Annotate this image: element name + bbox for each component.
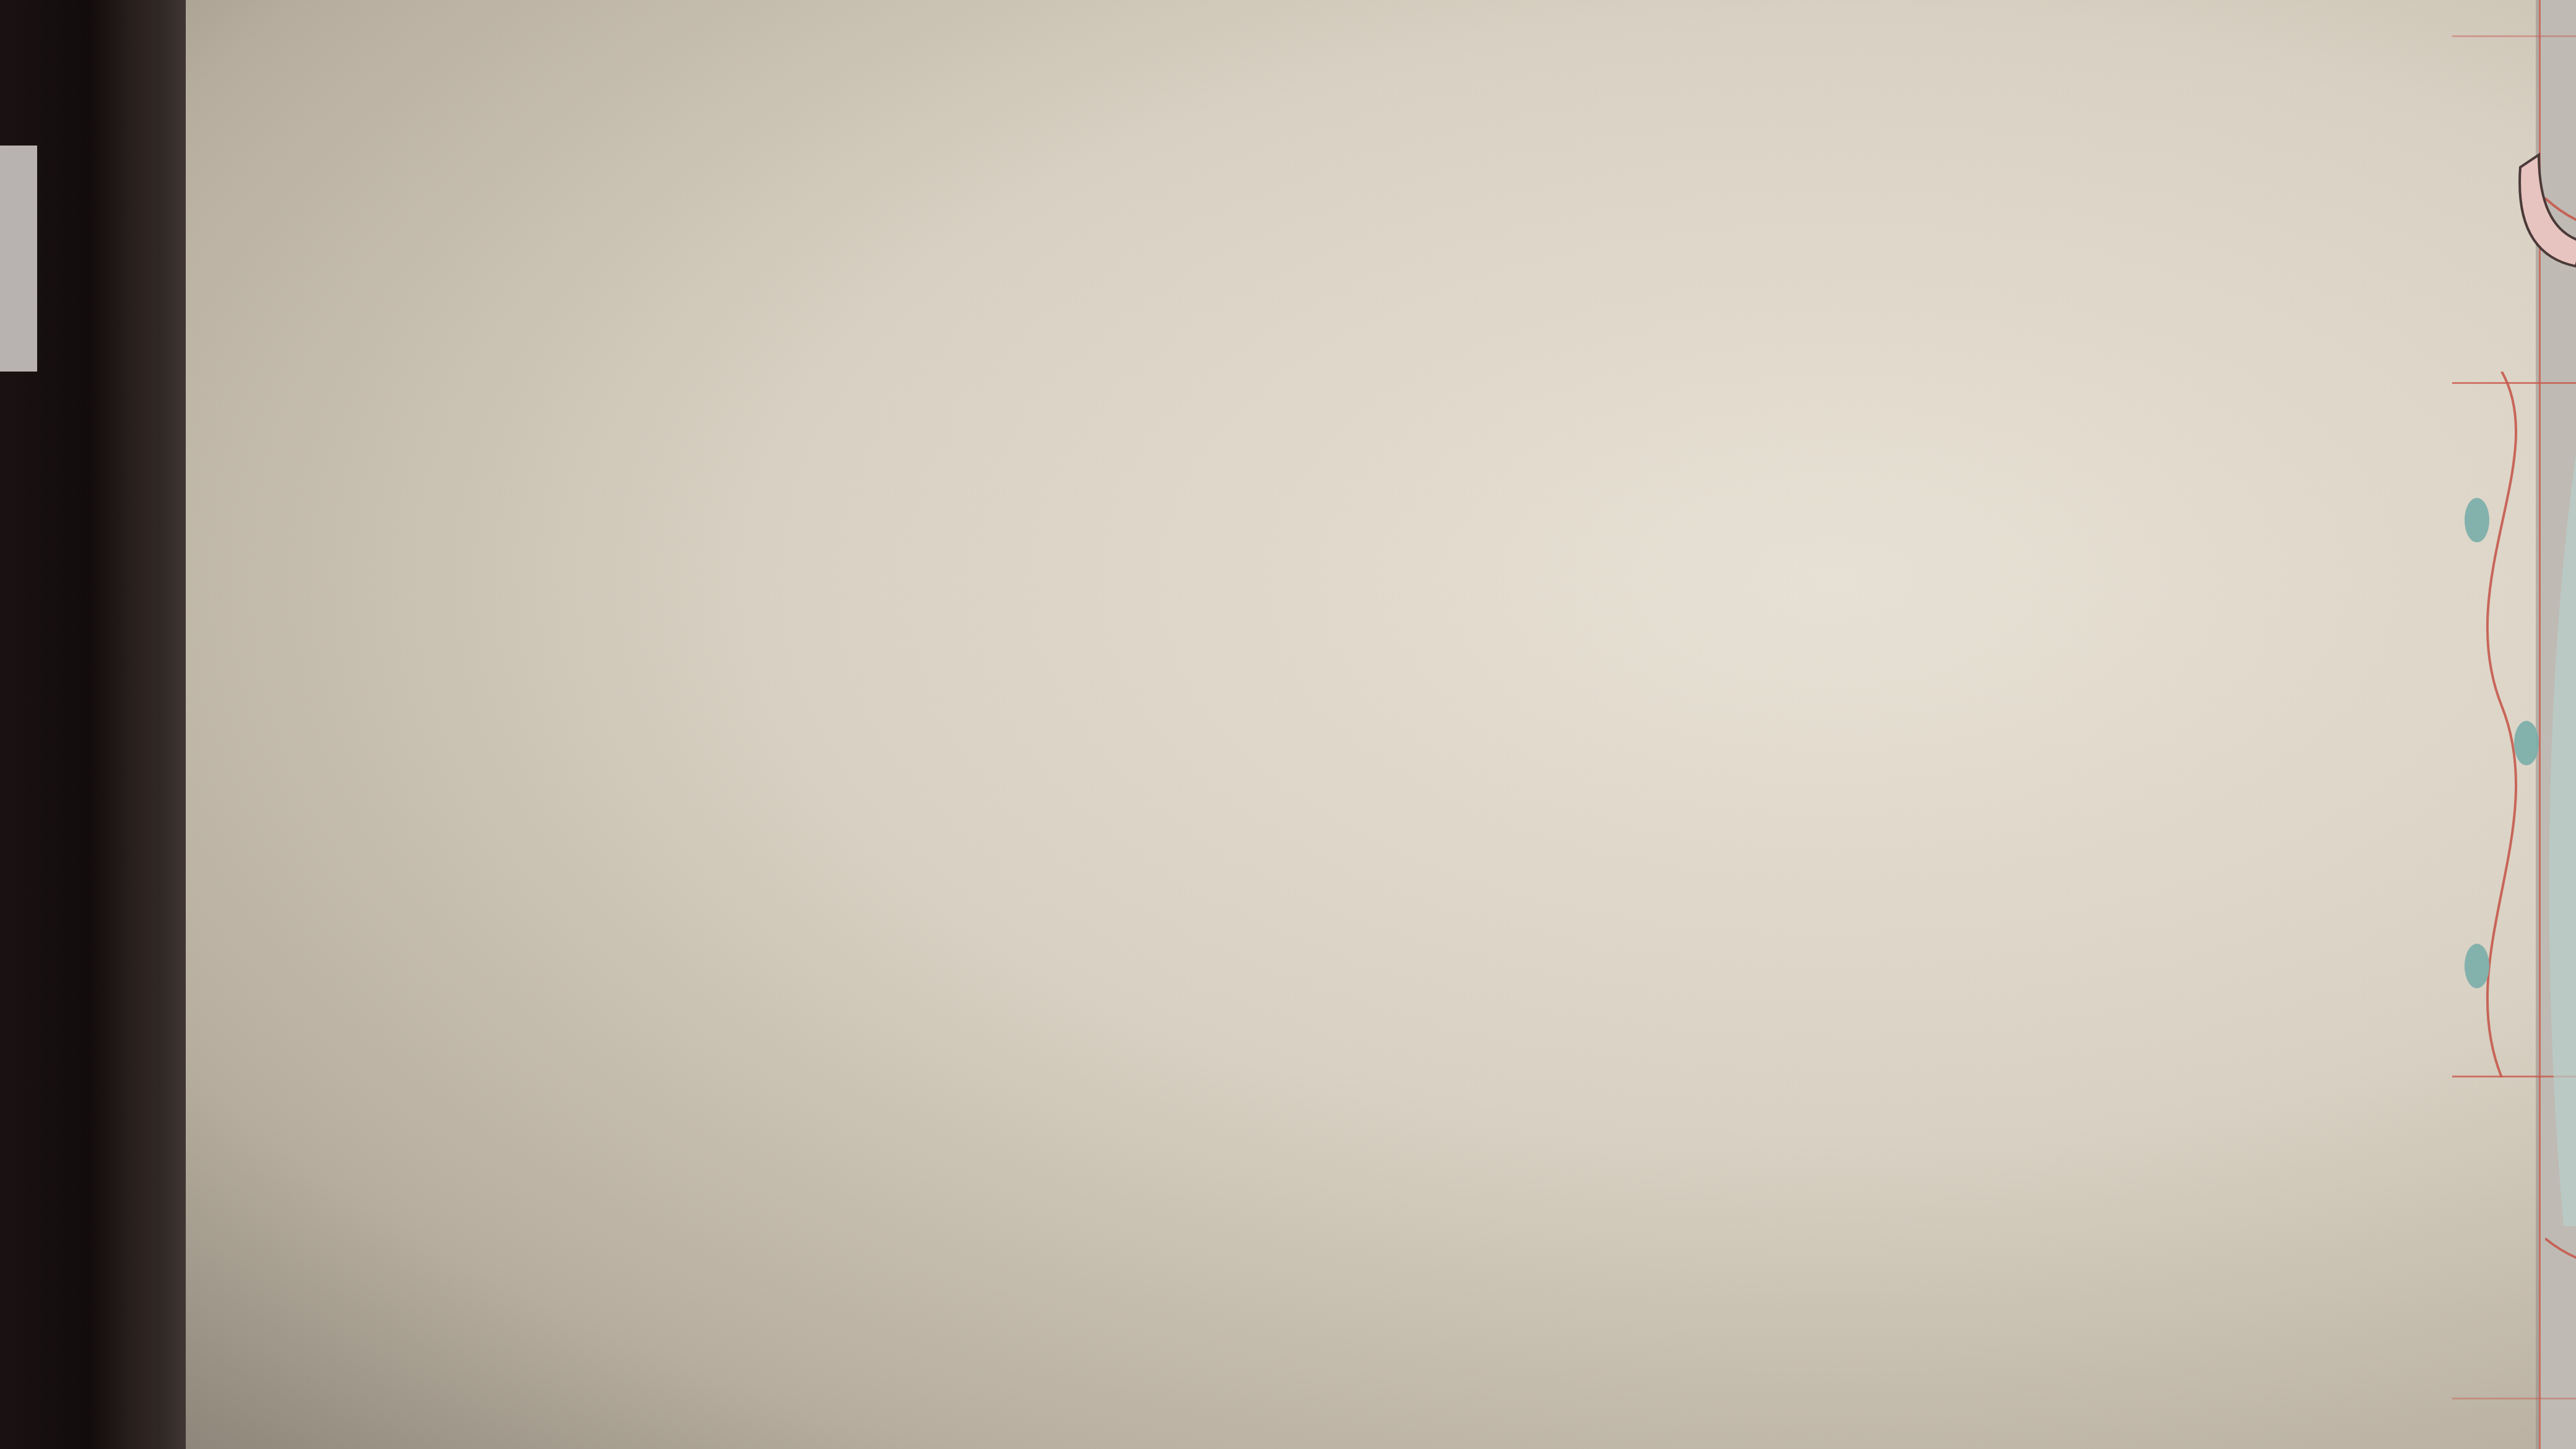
certificate-document: Iosephus Maict miseratione divina et s. … <box>2452 0 2576 1449</box>
illuminated-initial-I <box>2526 149 2576 1263</box>
border-rule <box>2452 1398 2576 1399</box>
wall-background <box>0 146 37 372</box>
motto-scroll-icon <box>2502 130 2576 279</box>
paper-sheet <box>186 0 2539 1449</box>
